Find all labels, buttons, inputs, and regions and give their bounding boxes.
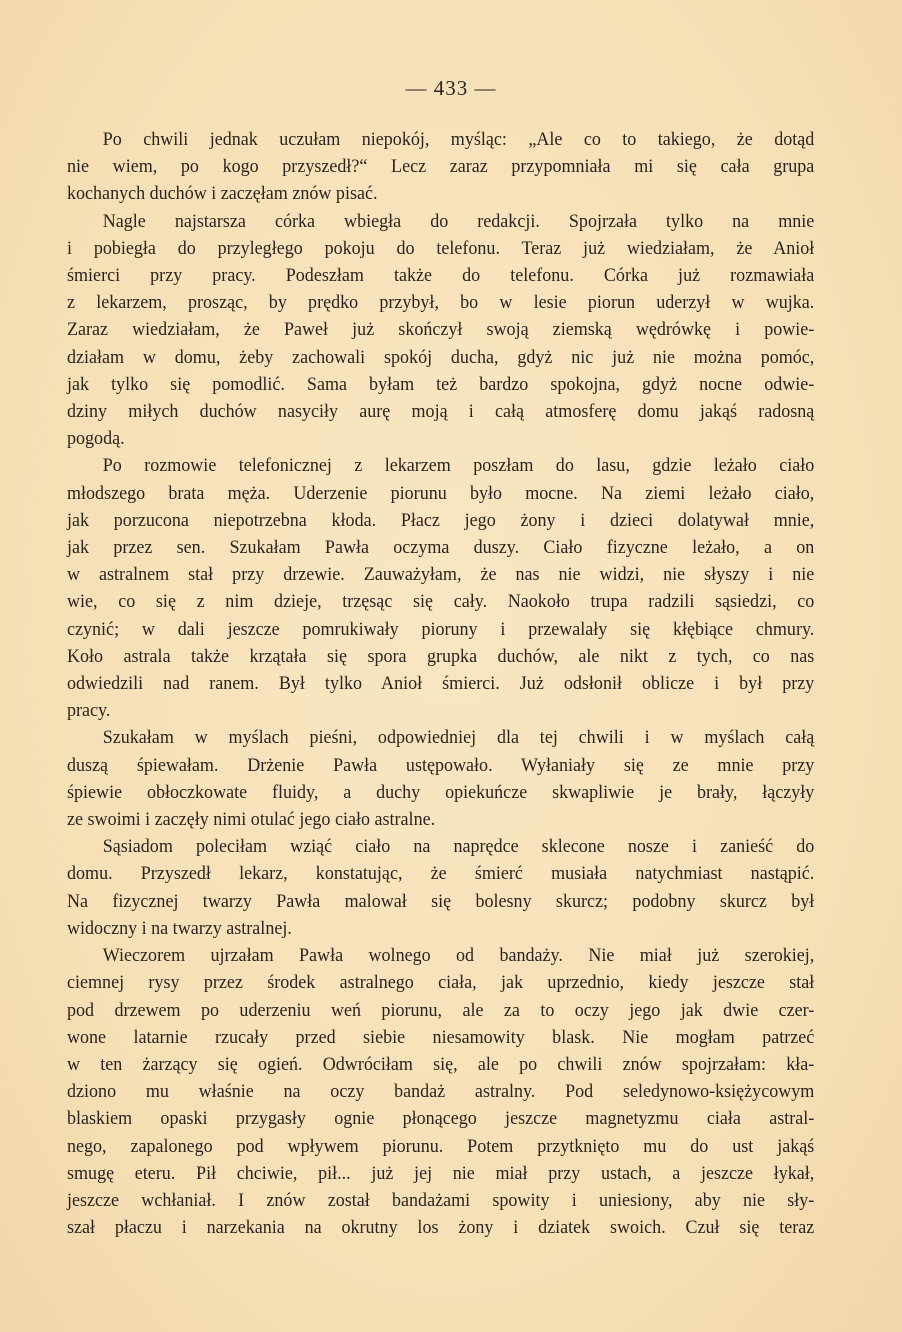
text-line: dziono mu właśnie na oczy bandaż astraln… [67,1078,814,1105]
paragraph: Nagle najstarsza córka wbiegła do redakc… [67,208,814,453]
text-line: widoczny i na twarzy astralnej. [67,915,814,942]
paragraph: Szukałam w myślach pieśni, odpowiedniej … [67,724,814,833]
text-line: pod drzewem po uderzeniu weń piorunu, al… [67,997,814,1024]
text-line: czynić; w dali jeszcze pomrukiwały pioru… [67,616,814,643]
text-line: kochanych duchów i zaczęłam znów pisać. [67,180,814,207]
book-page: — 433 — Po chwili jednak uczułam niepokó… [0,0,902,1332]
text-line: nie wiem, po kogo przyszedł?“ Lecz zaraz… [67,153,814,180]
text-line: Szukałam w myślach pieśni, odpowiedniej … [67,724,814,751]
text-line: Na fizycznej twarzy Pawła malował się bo… [67,888,814,915]
text-line: jak tylko się pomodlić. Sama byłam też b… [67,371,814,398]
text-line: w astralnem stał przy drzewie. Zauważyła… [67,561,814,588]
text-line: blaskiem opaski przygasły ognie płonąceg… [67,1105,814,1132]
text-line: śmierci przy pracy. Podeszłam także do t… [67,262,814,289]
page-number: — 433 — [0,76,902,101]
text-line: Po chwili jednak uczułam niepokój, myślą… [67,126,814,153]
text-line: pracy. [67,697,814,724]
text-line: szał płaczu i narzekania na okrutny los … [67,1214,814,1241]
body-text: Po chwili jednak uczułam niepokój, myślą… [67,126,814,1241]
text-line: Wieczorem ujrzałam Pawła wolnego od band… [67,942,814,969]
text-line: jeszcze wchłaniał. I znów został bandaża… [67,1187,814,1214]
text-line: Po rozmowie telefonicznej z lekarzem pos… [67,452,814,479]
text-line: wone latarnie rzucały przed siebie niesa… [67,1024,814,1051]
text-line: Nagle najstarsza córka wbiegła do redakc… [67,208,814,235]
text-line: dziny miłych duchów nasyciły aurę moją i… [67,398,814,425]
paragraph: Sąsiadom poleciłam wziąć ciało na napręd… [67,833,814,942]
text-line: młodszego brata męża. Uderzenie piorunu … [67,480,814,507]
text-line: odwiedzili nad ranem. Był tylko Anioł śm… [67,670,814,697]
paragraph: Po chwili jednak uczułam niepokój, myślą… [67,126,814,208]
text-line: i pobiegła do przyległego pokoju do tele… [67,235,814,262]
text-line: domu. Przyszedł lekarz, konstatując, że … [67,860,814,887]
paragraph: Po rozmowie telefonicznej z lekarzem pos… [67,452,814,724]
text-line: ze swoimi i zaczęły nimi otulać jego cia… [67,806,814,833]
text-line: w ten żarzący się ogień. Odwróciłam się,… [67,1051,814,1078]
text-line: jak przez sen. Szukałam Pawła oczyma dus… [67,534,814,561]
text-line: pogodą. [67,425,814,452]
text-line: nego, zapalonego pod wpływem piorunu. Po… [67,1133,814,1160]
text-line: smugę eteru. Pił chciwie, pił... już jej… [67,1160,814,1187]
paragraph: Wieczorem ujrzałam Pawła wolnego od band… [67,942,814,1241]
text-line: działam w domu, żeby zachowali spokój du… [67,344,814,371]
text-line: Zaraz wiedziałam, że Paweł już skończył … [67,316,814,343]
text-line: ciemnej rysy przez środek astralnego cia… [67,969,814,996]
text-line: Sąsiadom poleciłam wziąć ciało na napręd… [67,833,814,860]
text-line: jak porzucona niepotrzebna kłoda. Płacz … [67,507,814,534]
text-line: Koło astrala także krzątała się spora gr… [67,643,814,670]
text-line: duszą śpiewałam. Drżenie Pawła ustępował… [67,752,814,779]
text-line: śpiewie obłoczkowate fluidy, a duchy opi… [67,779,814,806]
text-line: wie, co się z nim dzieje, trzęsąc się ca… [67,588,814,615]
text-line: z lekarzem, prosząc, by prędko przybył, … [67,289,814,316]
